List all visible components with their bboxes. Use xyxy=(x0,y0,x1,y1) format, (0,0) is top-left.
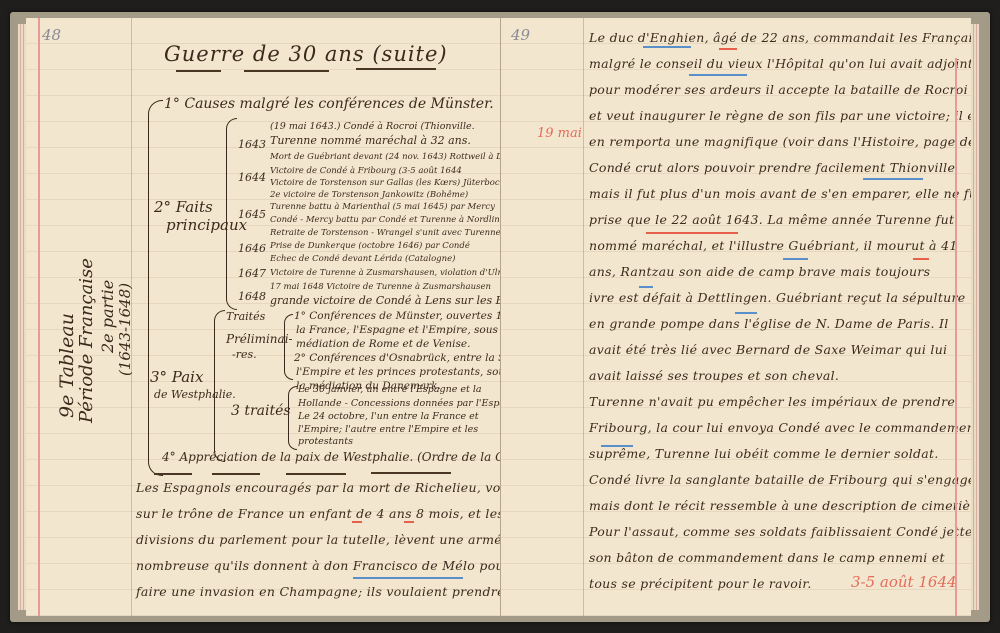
fact-line: Prise de Dunkerque (octobre 1646) par Co… xyxy=(270,241,470,251)
section-separator xyxy=(212,473,260,475)
section-separator xyxy=(154,473,192,475)
year-1648: 1648 xyxy=(238,290,266,303)
preliminaires-label-b: Préliminai- xyxy=(226,332,293,346)
preliminaire-line: l'Empire et les princes protestants, sou… xyxy=(296,366,501,378)
page-edges-left xyxy=(18,24,26,610)
side-label-line3: 2e partie xyxy=(98,280,117,353)
body-line: pour modérer ses ardeurs il accepte la b… xyxy=(589,82,968,97)
section-separator xyxy=(371,472,451,474)
blue-underline xyxy=(643,46,691,48)
left-page: 48 Guerre de 30 ans (suite) 9e Tableau P… xyxy=(26,18,501,616)
body-line: ivre est défait à Dettlingen. Guébriant … xyxy=(589,290,965,305)
side-label-line2: Période Française xyxy=(76,258,97,423)
traites-label: 3 traités xyxy=(231,403,291,419)
year-1646: 1646 xyxy=(238,242,266,255)
outline-item-1: 1° Causes malgré les conférences de Müns… xyxy=(164,96,494,112)
side-label-line1: 9e Tableau xyxy=(56,313,78,418)
title-underline xyxy=(356,68,436,70)
preliminaires-label-c: -res. xyxy=(232,348,257,361)
margin-note: 19 mai xyxy=(537,126,582,141)
preliminaire-line: médiation de Rome et de Venise. xyxy=(296,338,470,350)
outline-item-2a: 2° Faits xyxy=(154,198,213,216)
red-underline xyxy=(719,48,737,50)
body-line: avait été très lié avec Bernard de Saxe … xyxy=(589,342,947,357)
blue-underline xyxy=(689,74,747,76)
body-line: prise que le 22 août 1643. La même année… xyxy=(589,212,954,227)
body-line: tous se précipitent pour le ravoir. xyxy=(589,576,812,591)
body-line: suprême, Turenne lui obéit comme le dern… xyxy=(589,446,939,461)
body-line: Les Espagnols encouragés par la mort de … xyxy=(136,480,501,495)
blue-underline xyxy=(735,312,757,314)
fact-line: Condé - Mercy battu par Condé et Turenne… xyxy=(270,215,501,225)
body-line: nombreuse qu'ils donnent à don Francisco… xyxy=(136,558,501,573)
outline-item-4: 4° Appréciation de la paix de Westphalie… xyxy=(162,450,501,464)
page-number: 49 xyxy=(511,26,530,44)
faits-brace xyxy=(226,118,237,310)
body-line: Fribourg, la cour lui envoya Condé avec … xyxy=(589,420,971,435)
page-number: 48 xyxy=(42,26,61,44)
right-page: 49 19 mai Le duc d'Enghien, âgé de 22 an… xyxy=(501,18,971,616)
blue-underline xyxy=(601,445,633,447)
red-underline xyxy=(646,232,738,234)
body-line: ans, Rantzau son aide de camp brave mais… xyxy=(589,264,930,279)
body-line: son bâton de commandement dans le camp e… xyxy=(589,550,945,565)
body-line: nommé maréchal, et l'illustre Guébriant,… xyxy=(589,238,958,253)
fact-line: Echec de Condé devant Lérida (Catalogne) xyxy=(270,254,455,264)
outline-brace xyxy=(148,100,163,476)
margin-rule xyxy=(583,18,584,616)
year-1644: 1644 xyxy=(238,171,266,184)
section-separator xyxy=(286,473,346,475)
year-1643: 1643 xyxy=(238,138,266,151)
end-date-note: 3-5 août 1644 xyxy=(851,573,957,591)
blue-underline xyxy=(863,178,923,180)
side-label-line4: (1643-1648) xyxy=(116,283,134,376)
paix-brace xyxy=(214,310,225,462)
traite-line: protestants xyxy=(298,436,353,447)
traite-line: Le 30 janvier, un entre l'Espagne et la xyxy=(298,384,482,395)
fact-line: 2e victoire de Torstenson Jankowitz (Boh… xyxy=(270,190,468,200)
fact-line: Turenne battu à Marienthal (5 mai 1645) … xyxy=(270,202,495,212)
body-line: et veut inaugurer le règne de son fils p… xyxy=(589,108,971,123)
year-1645: 1645 xyxy=(238,208,266,221)
body-line: Pour l'assaut, comme ses soldats faiblis… xyxy=(589,524,971,539)
body-line: sur le trône de France un enfant de 4 an… xyxy=(136,506,501,521)
preliminaires-brace xyxy=(284,314,293,380)
body-line: en grande pompe dans l'église de N. Dame… xyxy=(589,316,949,331)
fact-line: Retraite de Torstenson - Wrangel s'unit … xyxy=(270,228,501,238)
body-line: Condé livre la sanglante bataille de Fri… xyxy=(589,472,971,487)
preliminaire-line: la France, l'Espagne et l'Empire, sous l… xyxy=(296,324,501,336)
fact-line: 17 mai 1648 Victoire de Turenne à Zusmar… xyxy=(270,282,491,292)
body-line: malgré le conseil du vieux l'Hôpital qu'… xyxy=(589,56,971,71)
preliminaire-line: 2° Conférences d'Osnabrück, entre la Suè… xyxy=(294,352,501,364)
preliminaires-label-a: Traités xyxy=(226,310,265,323)
page-edges-right xyxy=(971,24,979,610)
fact-line: grande victoire de Condé à Lens sur les … xyxy=(270,294,501,307)
title-underline xyxy=(176,70,221,72)
title-underline xyxy=(244,70,329,72)
outline-item-3a: 3° Paix xyxy=(150,368,203,386)
fact-line: Victoire de Condé à Fribourg (3-5 août 1… xyxy=(270,166,462,176)
year-1647: 1647 xyxy=(238,267,266,280)
red-underline xyxy=(913,258,929,260)
fact-line: Victoire de Turenne à Zusmarshausen, vio… xyxy=(270,268,501,278)
traite-line: Hollande - Concessions données par l'Esp… xyxy=(298,398,501,409)
body-line: mais il fut plus d'un mois avant de s'en… xyxy=(589,186,971,201)
red-underline xyxy=(404,521,414,523)
body-line: Condé crut alors pouvoir prendre facilem… xyxy=(589,160,955,175)
fact-line: Mort de Guébriant devant (24 nov. 1643) … xyxy=(270,152,501,162)
blue-underline xyxy=(639,286,653,288)
fact-line: Victoire de Torstenson sur Gallas (les K… xyxy=(270,178,501,188)
traites-brace xyxy=(288,386,297,450)
blue-underline xyxy=(783,258,808,260)
body-line: Turenne n'avait pu empêcher les impériau… xyxy=(589,394,955,409)
body-line: Le duc d'Enghien, âgé de 22 ans, command… xyxy=(589,30,971,45)
blue-underline xyxy=(353,577,463,579)
body-line: divisions du parlement pour la tutelle, … xyxy=(136,532,501,547)
preliminaire-line: 1° Conférences de Münster, ouvertes 1643… xyxy=(294,310,501,322)
fact-line: Turenne nommé maréchal à 32 ans. xyxy=(270,134,471,147)
traite-line: l'Empire; l'autre entre l'Empire et les xyxy=(298,424,478,435)
body-line: mais dont le récit ressemble à une descr… xyxy=(589,498,971,513)
body-line: en remporta une magnifique (voir dans l'… xyxy=(589,134,971,149)
traite-line: Le 24 octobre, l'un entre la France et xyxy=(298,411,479,422)
page-title: Guerre de 30 ans (suite) xyxy=(164,42,448,66)
body-line: avait laissé ses troupes et son cheval. xyxy=(589,368,839,383)
fact-line: (19 mai 1643.) Condé à Rocroi (Thionvill… xyxy=(270,121,475,132)
body-line: faire une invasion en Champagne; ils vou… xyxy=(136,584,501,599)
red-underline xyxy=(352,521,362,523)
